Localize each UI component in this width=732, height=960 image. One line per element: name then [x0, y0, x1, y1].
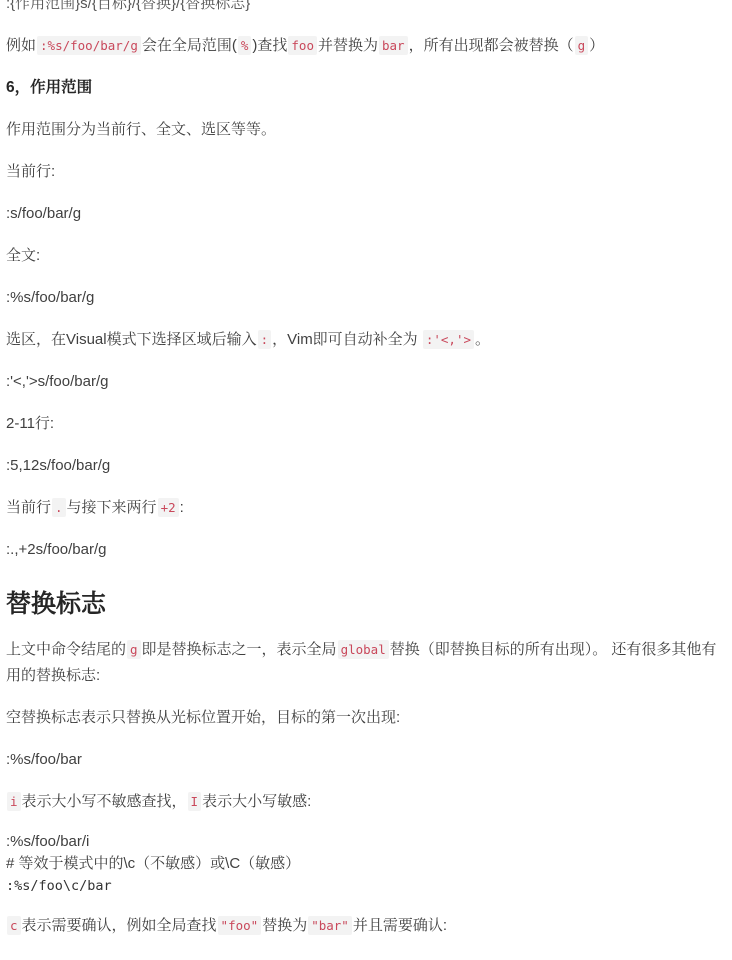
text-run: 作用范围分为当前行、全文、选区等等。	[6, 121, 276, 138]
text-run: ）	[589, 37, 604, 54]
text-run: 替换为	[262, 917, 307, 934]
text-run: # 等效于模式中的\c（不敏感）或\C（敏感）	[6, 855, 300, 872]
inline-code: +2	[158, 498, 179, 517]
article-paragraph: :'<,'>s/foo/bar/g	[6, 369, 722, 395]
text-run: :s/foo/bar/g	[6, 205, 81, 222]
text-run: 并替换为	[318, 37, 378, 54]
text-run: 上文中命令结尾的	[6, 641, 126, 658]
text-run: 表示大小写不敏感查找，	[22, 793, 187, 810]
inline-code: "bar"	[308, 916, 352, 935]
article-body: :{作用范围}s/{目标}/{替换}/{替换标志}例如:%s/foo/bar/g…	[0, 0, 732, 939]
text-run: 与接下来两行	[67, 499, 157, 516]
article-paragraph: 当前行:	[6, 159, 722, 185]
text-run: 选区，在Visual模式下选择区域后输入	[6, 331, 257, 348]
sub-heading: 6，作用范围	[6, 75, 722, 101]
text-run: ，所有出现都会被替换（	[409, 37, 574, 54]
text-run: :%s/foo/bar/i	[6, 833, 89, 850]
text-run: :5,12s/foo/bar/g	[6, 457, 110, 474]
inline-code: i	[7, 792, 21, 811]
text-run: :{作用范围}s/{目标}/{替换}/{替换标志}	[6, 0, 250, 12]
article-paragraph: 例如:%s/foo/bar/g会在全局范围(%)查找foo并替换为bar，所有出…	[6, 33, 722, 59]
inline-code: g	[127, 640, 141, 659]
text-run: 2-11行:	[6, 415, 54, 432]
text-run: 即是替换标志之一，表示全局	[142, 641, 337, 658]
article-paragraph: 选区，在Visual模式下选择区域后输入:，Vim即可自动补全为 :'<,'>。	[6, 327, 722, 353]
text-run: :.,+2s/foo/bar/g	[6, 541, 106, 558]
text-run: 空替换标志表示只替换从光标位置开始，目标的第一次出现:	[6, 709, 400, 726]
article-paragraph: 空替换标志表示只替换从光标位置开始，目标的第一次出现:	[6, 705, 722, 731]
text-run: )查找	[252, 37, 287, 54]
article-paragraph: :{作用范围}s/{目标}/{替换}/{替换标志}	[6, 0, 722, 17]
article-paragraph: 全文:	[6, 243, 722, 269]
article-paragraph: 当前行.与接下来两行+2:	[6, 495, 722, 521]
text-run: 6，作用范围	[6, 79, 92, 96]
text-run: :%s/foo/bar	[6, 751, 82, 768]
text-run: 全文:	[6, 247, 40, 264]
text-run: 当前行:	[6, 163, 55, 180]
inline-code: %	[238, 36, 252, 55]
section-heading: 替换标志	[6, 587, 722, 621]
text-run: :%s/foo/bar/g	[6, 289, 94, 306]
inline-code: bar	[379, 36, 408, 55]
inline-code: :	[258, 330, 272, 349]
article-paragraph: :s/foo/bar/g	[6, 201, 722, 227]
inline-code: :%s/foo/bar/g	[37, 36, 141, 55]
text-run: 表示大小写敏感:	[202, 793, 311, 810]
article-paragraph: :%s/foo/bar	[6, 747, 722, 773]
article-paragraph: 上文中命令结尾的g即是替换标志之一，表示全局global替换（即替换目标的所有出…	[6, 637, 722, 689]
text-run: :'<,'>s/foo/bar/g	[6, 373, 108, 390]
text-run: :	[180, 499, 184, 516]
text-run: 会在全局范围(	[142, 37, 237, 54]
inline-code: "foo"	[218, 916, 262, 935]
mono-code: :%s/foo\c/bar	[6, 878, 112, 894]
inline-code: .	[52, 498, 66, 517]
inline-code: foo	[288, 36, 317, 55]
article-paragraph: i表示大小写不敏感查找，I表示大小写敏感:	[6, 789, 722, 815]
text-run: ，Vim即可自动补全为	[272, 331, 422, 348]
article-paragraph: :%s/foo/bar/g	[6, 285, 722, 311]
inline-code: I	[188, 792, 202, 811]
article-paragraph: c表示需要确认，例如全局查找"foo"替换为"bar"并且需要确认:	[6, 913, 722, 939]
text-run: 。	[475, 331, 490, 348]
inline-code: :'<,'>	[423, 330, 474, 349]
inline-code: c	[7, 916, 21, 935]
text-run: 并且需要确认:	[353, 917, 447, 934]
article-paragraph: :%s/foo/bar/i# 等效于模式中的\c（不敏感）或\C（敏感）:%s/…	[6, 831, 722, 897]
article-paragraph: 作用范围分为当前行、全文、选区等等。	[6, 117, 722, 143]
inline-code: global	[338, 640, 389, 659]
article-paragraph: :5,12s/foo/bar/g	[6, 453, 722, 479]
text-run: 表示需要确认，例如全局查找	[22, 917, 217, 934]
text-run: 当前行	[6, 499, 51, 516]
text-run: 例如	[6, 37, 36, 54]
article-paragraph: :.,+2s/foo/bar/g	[6, 537, 722, 563]
article-paragraph: 2-11行:	[6, 411, 722, 437]
inline-code: g	[575, 36, 589, 55]
text-run: 替换标志	[6, 590, 106, 618]
